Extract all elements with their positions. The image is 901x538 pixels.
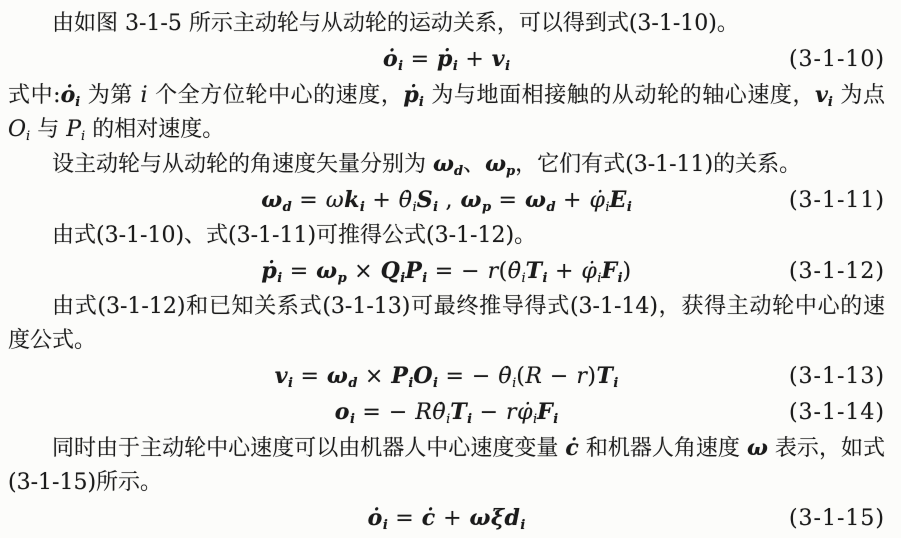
math-symbol: R — [525, 364, 542, 389]
text-run: = — [293, 364, 327, 389]
math-symbol: ȯi — [61, 82, 81, 108]
math-subscript: i — [618, 271, 623, 286]
text-run: 由如图 3-1-5 所示主动轮与从动轮的运动关系，可以得到式(3-1-10)。 — [52, 11, 739, 36]
math-symbol: Qi — [381, 258, 406, 284]
math-subscript: i — [400, 271, 405, 286]
math-symbol: φ̇i — [517, 400, 537, 425]
math-symbol: Pi — [391, 363, 413, 389]
math-symbol: ωd — [525, 187, 556, 213]
math-subscript: i — [383, 518, 388, 533]
math-symbol: ω — [470, 505, 491, 531]
math-subscript: p — [482, 200, 491, 215]
math-symbol: ṗi — [403, 82, 423, 108]
math-symbol: ċ — [422, 505, 436, 531]
math-subscript: p — [506, 164, 515, 179]
equation-number-3-1-11: (3-1-11) — [789, 183, 885, 218]
math-symbol: ωp — [461, 187, 492, 213]
text-run: + — [556, 188, 590, 213]
equation-number-3-1-15: (3-1-15) — [789, 501, 885, 536]
math-symbol: φ̇i — [589, 188, 609, 213]
paragraph-derive-13-14: 由式(3-1-12)和已知关系式(3-1-13)可最终推导得式(3-1-14)，… — [8, 290, 885, 358]
equation-number-3-1-10: (3-1-10) — [789, 42, 885, 77]
equation-formula-3-1-15: ȯi = ċ + ωξdi — [368, 501, 526, 536]
math-symbol: R — [415, 400, 432, 425]
math-symbol: Fi — [601, 258, 622, 284]
math-symbol: ṗi — [261, 258, 282, 284]
math-subscript: i — [828, 95, 833, 110]
text-run: − — [472, 400, 506, 425]
text-run: = — [282, 259, 316, 284]
text-run: 、 — [463, 152, 485, 177]
paragraph-robot-velocity: 同时由于主动轮中心速度可以由机器人中心速度变量 ċ 和机器人角速度 ω 表示，如… — [8, 431, 885, 500]
math-symbol: ċ — [565, 435, 578, 461]
text-run: ) — [623, 259, 632, 284]
math-symbol: ωp — [316, 258, 347, 284]
text-run: 同时由于主动轮中心速度可以由机器人中心速度变量 — [52, 436, 565, 461]
math-subscript: i — [521, 271, 525, 286]
text-run: 由式(3-1-10)、式(3-1-11)可推得公式(3-1-12)。 — [52, 223, 536, 248]
math-symbol: i — [140, 83, 147, 108]
math-symbol: oi — [335, 399, 355, 425]
math-symbol: ωd — [327, 363, 358, 389]
text-run: 为点 — [833, 83, 885, 108]
math-subscript: p — [338, 271, 347, 286]
text-run: = − — [438, 364, 498, 389]
math-symbol: Fi — [537, 399, 558, 425]
math-symbol: ki — [344, 187, 365, 213]
text-run: + — [458, 47, 492, 72]
math-symbol: ωd — [433, 151, 463, 177]
math-subscript: i — [467, 412, 472, 427]
math-subscript: d — [454, 164, 463, 179]
math-symbol: θ̇i — [498, 364, 516, 389]
paragraph-angular-velocity: 设主动轮与从动轮的角速度矢量分别为 ωd、ωp，它们有式(3-1-11)的关系。 — [8, 147, 885, 182]
math-subscript: i — [512, 376, 516, 391]
math-subscript: i — [26, 129, 30, 144]
text-run: − — [542, 364, 576, 389]
text-run: 为第 — [80, 83, 140, 108]
equation-formula-3-1-12: ṗi = ωp × QiPi = − r(θ̇iTi + φ̇iFi) — [261, 254, 631, 289]
equation-formula-3-1-11: ωd = ωki + θ̇iSi , ωp = ωd + φ̇iEi — [261, 183, 632, 218]
math-symbol: vi — [815, 82, 833, 108]
equation-row-3-1-10: ȯi = ṗi + vi (3-1-10) — [8, 42, 885, 77]
math-symbol: ξ — [491, 505, 505, 531]
equation-row-3-1-12: ṗi = ωp × QiPi = − r(θ̇iTi + φ̇iFi) (3-1… — [8, 254, 885, 289]
equation-number-3-1-13: (3-1-13) — [789, 359, 885, 394]
math-subscript: d — [348, 376, 357, 391]
math-subscript: i — [520, 518, 525, 533]
text-run: ( — [516, 364, 525, 389]
math-subscript: i — [408, 376, 413, 391]
math-symbol: Pi — [405, 258, 427, 284]
math-subscript: i — [453, 59, 458, 74]
equation-formula-3-1-14: oi = − Rθ̇iTi − rφ̇iFi — [335, 395, 558, 430]
math-symbol: r — [506, 400, 517, 425]
math-subscript: i — [613, 376, 618, 391]
math-symbol: Oi — [413, 363, 438, 389]
equation-number-3-1-12: (3-1-12) — [789, 254, 885, 289]
math-symbol: r — [576, 364, 587, 389]
text-run: = — [403, 47, 437, 72]
math-symbol: Ti — [450, 399, 472, 425]
math-subscript: i — [627, 200, 632, 215]
equation-number-3-1-14: (3-1-14) — [789, 395, 885, 430]
text-run: = − — [427, 259, 487, 284]
text-run: , — [438, 188, 460, 213]
math-symbol: θ̇i — [432, 400, 450, 425]
text-run: 与 — [30, 117, 66, 142]
text-run: + — [436, 506, 470, 531]
math-symbol: Si — [417, 187, 438, 213]
text-run: + — [547, 259, 581, 284]
text-run: ( — [499, 259, 508, 284]
math-subscript: i — [81, 129, 85, 144]
paragraph-where-clause: 式中:ȯi 为第 i 个全方位轮中心的速度，ṗi 为与地面相接触的从动轮的轴心速… — [8, 78, 885, 147]
math-symbol: Oi — [8, 117, 30, 142]
text-run: ，它们有式(3-1-11)的关系。 — [515, 152, 801, 177]
paragraph-derive-12: 由式(3-1-10)、式(3-1-11)可推得公式(3-1-12)。 — [8, 219, 885, 253]
text-run: 式中: — [8, 83, 61, 108]
math-subscript: i — [419, 95, 424, 110]
math-subscript: i — [446, 412, 450, 427]
math-symbol: vi — [275, 363, 293, 389]
math-subscript: i — [360, 200, 365, 215]
math-symbol: φ̇i — [581, 259, 601, 284]
document-page: 由如图 3-1-5 所示主动轮与从动轮的运动关系，可以得到式(3-1-10)。 … — [0, 0, 901, 538]
math-symbol: Ti — [526, 258, 548, 284]
equation-formula-3-1-13: vi = ωd × PiOi = − θ̇i(R − r)Ti — [275, 359, 619, 394]
math-symbol: ω — [747, 435, 768, 461]
math-subscript: i — [398, 59, 403, 74]
paragraph-intro: 由如图 3-1-5 所示主动轮与从动轮的运动关系，可以得到式(3-1-10)。 — [8, 7, 885, 41]
equation-row-3-1-11: ωd = ωki + θ̇iSi , ωp = ωd + φ̇iEi (3-1-… — [8, 183, 885, 218]
math-symbol: Ti — [596, 363, 618, 389]
math-subscript: i — [413, 200, 417, 215]
text-run: 为与地面相接触的从动轮的轴心速度， — [424, 83, 815, 108]
math-symbol: θ̇i — [399, 188, 417, 213]
equation-formula-3-1-10: ȯi = ṗi + vi — [383, 42, 510, 77]
math-symbol: ṗi — [437, 46, 458, 72]
math-subscript: i — [543, 271, 548, 286]
math-subscript: i — [350, 412, 355, 427]
math-subscript: i — [605, 200, 609, 215]
text-run: 个全方位轮中心的速度， — [148, 83, 404, 108]
math-symbol: vi — [492, 46, 510, 72]
math-subscript: i — [597, 271, 601, 286]
equation-row-3-1-14: oi = − Rθ̇iTi − rφ̇iFi (3-1-14) — [8, 395, 885, 430]
text-run: 和机器人角速度 — [579, 436, 747, 461]
text-run: = — [388, 506, 422, 531]
math-subscript: i — [288, 376, 293, 391]
text-run: + — [365, 188, 399, 213]
math-symbol: ȯi — [368, 505, 388, 531]
equation-row-3-1-15: ȯi = ċ + ωξdi (3-1-15) — [8, 501, 885, 536]
math-subscript: i — [533, 412, 537, 427]
math-symbol: ωd — [261, 187, 292, 213]
math-subscript: i — [433, 200, 438, 215]
math-symbol: Ei — [610, 187, 632, 213]
text-run: 由式(3-1-12)和已知关系式(3-1-13)可最终推导得式(3-1-14)，… — [8, 294, 885, 353]
math-symbol: ω — [326, 188, 344, 213]
math-subscript: i — [553, 412, 558, 427]
text-run: 的相对速度。 — [85, 117, 224, 142]
math-symbol: ωp — [485, 151, 515, 177]
equation-row-3-1-13: vi = ωd × PiOi = − θ̇i(R − r)Ti (3-1-13) — [8, 359, 885, 394]
text-run: = − — [355, 400, 415, 425]
math-symbol: di — [505, 505, 526, 531]
text-run: × — [357, 364, 391, 389]
math-subscript: i — [75, 95, 80, 110]
text-run: × — [347, 259, 381, 284]
math-symbol: θ̇i — [508, 259, 526, 284]
math-subscript: i — [505, 59, 510, 74]
text-run: = — [491, 188, 525, 213]
math-subscript: i — [433, 376, 438, 391]
math-subscript: d — [283, 200, 292, 215]
math-subscript: d — [546, 200, 555, 215]
math-symbol: r — [488, 259, 499, 284]
math-subscript: i — [422, 271, 427, 286]
math-symbol: Pi — [66, 117, 85, 142]
math-subscript: i — [277, 271, 282, 286]
text-run: = — [292, 188, 326, 213]
math-symbol: ȯi — [383, 46, 403, 72]
text-run: 设主动轮与从动轮的角速度矢量分别为 — [52, 152, 433, 177]
